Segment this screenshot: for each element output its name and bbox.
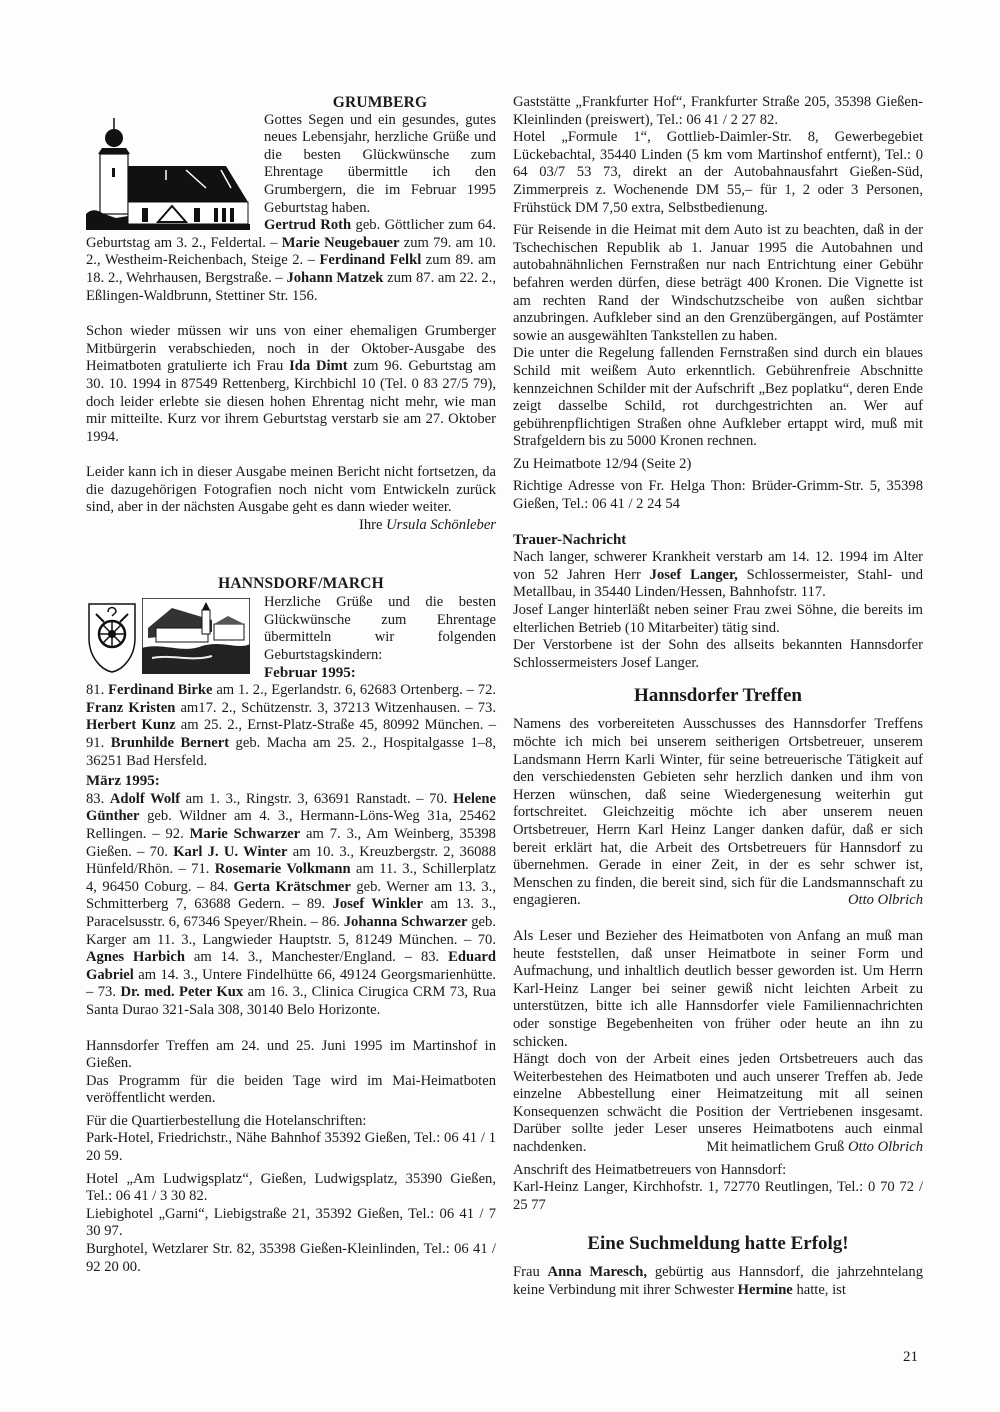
signature: Ihre Ursula Schönleber — [359, 517, 496, 535]
person-name: Marie Neugebauer — [282, 235, 400, 251]
person-name: Hermine — [738, 1282, 793, 1298]
meeting-announcement: Hannsdorfer Treffen am 24. und 25. Juni … — [86, 1038, 496, 1073]
entry-text: am 14. 3., Manchester/England. – 83. — [185, 949, 448, 965]
signature-name: Ursula Schönleber — [386, 517, 496, 533]
closing-text: Leider kann ich in dieser Ausgabe meinen… — [86, 464, 496, 515]
hotel-entry: Park-Hotel, Friedrichstr., Nähe Bahnhof … — [86, 1130, 496, 1165]
grumberg-heading: GRUMBERG — [86, 94, 496, 112]
person-name: Ida Dimt — [289, 358, 348, 374]
program-note: Das Programm für die beiden Tage wird im… — [86, 1073, 496, 1108]
hannsdorf-section: HANNSDORF/MARCH — [86, 575, 496, 1277]
treffen-paragraph: Als Leser und Bezieher des Heimatboten v… — [513, 928, 923, 1051]
person-name: Ferdinand Felkl — [319, 252, 421, 268]
mourning-heading: Trauer-Nachricht — [513, 532, 923, 550]
signature: Mit heimatlichem Gruß Otto Olbrich — [707, 1139, 923, 1157]
person-name: Franz Kristen — [86, 700, 175, 716]
grumberg-section: GRUMBERG Gottes Segen und ein gesundes, … — [86, 94, 496, 535]
entry-age: 83. — [86, 791, 110, 807]
february-birthdays: 81. Ferdinand Birke am 1. 2., Egerlandst… — [86, 682, 496, 770]
hotel-entry: Burghotel, Wetzlarer Str. 82, 35398 Gieß… — [86, 1241, 496, 1276]
person-name: Agnes Harbich — [86, 949, 185, 965]
treffen-paragraph: Namens des vorbereiteten Ausschusses des… — [513, 716, 923, 910]
mourning-section: Trauer-Nachricht Nach langer, schwerer K… — [513, 532, 923, 673]
person-name: Gertrud Roth — [264, 217, 351, 233]
search-success-paragraph: Frau Anna Maresch, gebürtig aus Hannsdor… — [513, 1264, 923, 1299]
person-name: Josef Winkler — [333, 896, 423, 912]
mourning-paragraph: Josef Langer hinterläßt neben seiner Fra… — [513, 602, 923, 637]
search-success-section: Eine Suchmeldung hatte Erfolg! Frau Anna… — [513, 1232, 923, 1299]
person-name: Josef Langer, — [650, 567, 738, 583]
address-text: Karl-Heinz Langer, Kirchhofstr. 1, 72770… — [513, 1179, 923, 1214]
entry-text: am 1. 2., Egerlandstr. 6, 62683 Ortenber… — [212, 682, 496, 698]
left-column: GRUMBERG Gottes Segen und ein gesundes, … — [86, 94, 496, 1276]
village-illustration-icon — [142, 598, 250, 674]
search-text: hatte, ist — [793, 1282, 846, 1298]
coat-of-arms-icon — [86, 598, 138, 674]
person-name: Adolf Wolf — [110, 791, 180, 807]
hannsdorf-images — [86, 598, 250, 674]
hotel-entry: Hotel „Am Ludwigsplatz“, Gießen, Ludwigs… — [86, 1171, 496, 1206]
march-heading: März 1995: — [86, 773, 496, 791]
hotel-entry: Liebighotel „Garni“, Liebigstraße 21, 35… — [86, 1206, 496, 1241]
entry-text: am17. 2., Schützenstr. 3, 37213 Witzenha… — [175, 700, 496, 716]
person-name: Johanna Schwarzer — [344, 914, 468, 930]
entry-age: 81. — [86, 682, 108, 698]
treffen-text: Namens des vorbereiteten Ausschusses des… — [513, 716, 923, 908]
hannsdorf-heading: HANNSDORF/MARCH — [86, 575, 496, 593]
person-name: Brunhilde Bernert — [111, 735, 229, 751]
church-icon — [86, 118, 250, 230]
march-birthdays: 83. Adolf Wolf am 1. 3., Ringstr. 3, 636… — [86, 791, 496, 1020]
person-name: Gerta Krätschmer — [234, 879, 351, 895]
grumberg-obituary: Schon wieder müssen wir uns von einer eh… — [86, 323, 496, 446]
signature-name: Otto Olbrich — [848, 1139, 923, 1155]
page-number: 21 — [903, 1349, 918, 1367]
person-name: Johann Matzek — [286, 270, 383, 286]
hotel-entry: Hotel „Formule 1“, Gottlieb-Daimler-Str.… — [513, 129, 923, 217]
mourning-paragraph: Der Verstorbene ist der Sohn des allseit… — [513, 637, 923, 672]
signature-prefix: Mit heimatlichem Gruß — [707, 1139, 848, 1155]
address-label: Anschrift des Heimatbetreuers von Hannsd… — [513, 1162, 923, 1180]
treffen-section: Hannsdorfer Treffen Namens des vorbereit… — [513, 684, 923, 1214]
signature-prefix: Ihre — [359, 517, 386, 533]
person-name: Dr. med. Peter Kux — [120, 984, 243, 1000]
correction-reference: Zu Heimatbote 12/94 (Seite 2) — [513, 456, 923, 474]
person-name: Ferdinand Birke — [108, 682, 212, 698]
hotels-intro: Für die Quartierbestellung die Hotelansc… — [86, 1113, 496, 1131]
grumberg-closing: Leider kann ich in dieser Ausgabe meinen… — [86, 464, 496, 517]
treffen-heading: Hannsdorfer Treffen — [513, 684, 923, 708]
correction-text: Richtige Adresse von Fr. Helga Thon: Brü… — [513, 478, 923, 513]
right-column: Gaststätte „Frankfurter Hof“, Frankfurte… — [513, 94, 923, 1300]
mourning-paragraph: Nach langer, schwerer Krankheit verstarb… — [513, 549, 923, 602]
church-illustration — [86, 118, 250, 230]
entry-text: am 1. 3., Ringstr. 3, 63691 Ranstadt. – … — [180, 791, 453, 807]
signature: Otto Olbrich — [848, 892, 923, 910]
treffen-paragraph: Hängt doch von der Arbeit eines jeden Or… — [513, 1051, 923, 1157]
person-name: Karl J. U. Winter — [173, 844, 287, 860]
grumberg-birthdays: Gertrud Roth geb. Göttlicher zum 64. Geb… — [86, 217, 496, 305]
travel-notice: Für Reisende in die Heimat mit dem Auto … — [513, 222, 923, 345]
person-name: Rosemarie Volkmann — [215, 861, 351, 877]
search-success-heading: Eine Suchmeldung hatte Erfolg! — [513, 1232, 923, 1256]
person-name: Herbert Kunz — [86, 717, 176, 733]
travel-notice: Die unter die Regelung fallenden Fernstr… — [513, 345, 923, 451]
person-name: Anna Maresch, — [548, 1264, 648, 1280]
person-name: Marie Schwarzer — [190, 826, 300, 842]
hotel-entry: Gaststätte „Frankfurter Hof“, Frankfurte… — [513, 94, 923, 129]
search-text: Frau — [513, 1264, 548, 1280]
